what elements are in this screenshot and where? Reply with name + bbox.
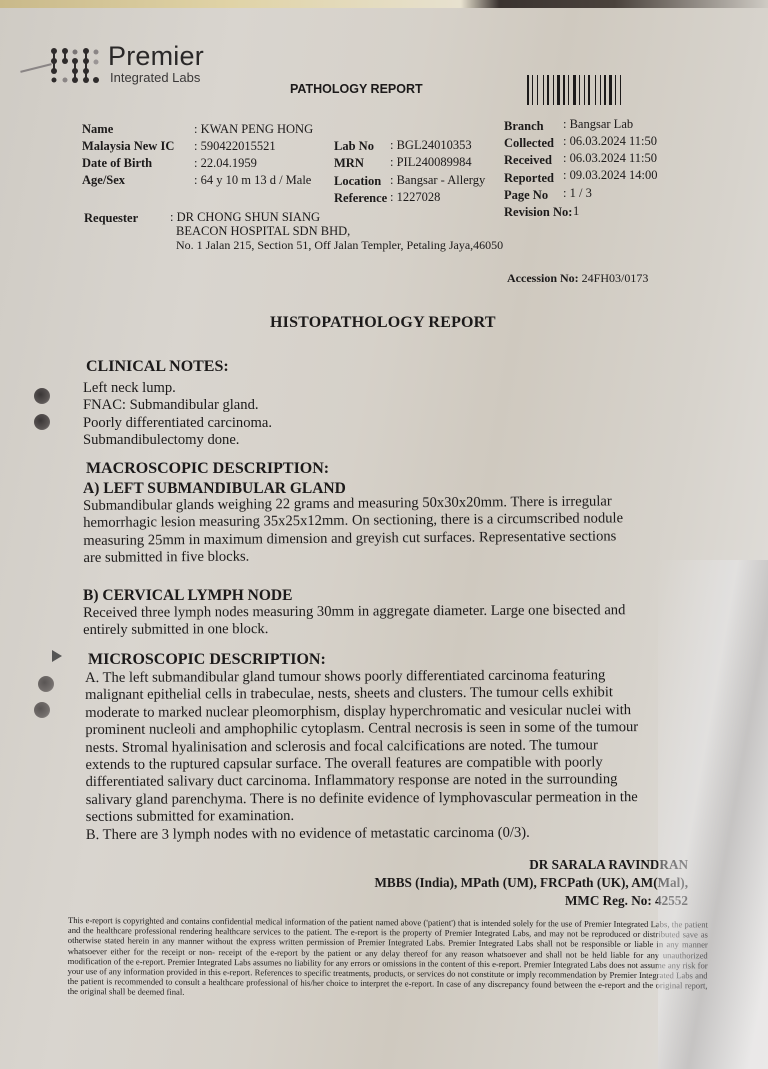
received-label: Received bbox=[504, 153, 552, 168]
reference-label: Reference bbox=[334, 191, 387, 206]
revision-value: 1 bbox=[573, 204, 579, 219]
clinical-note-line: FNAC: Submandibular gland. bbox=[83, 397, 483, 414]
barcode-bar bbox=[543, 75, 544, 105]
macroscopic-heading: MACROSCOPIC DESCRIPTION: bbox=[86, 460, 329, 478]
reference-value: : 1227028 bbox=[390, 190, 440, 205]
logo-subtitle: Integrated Labs bbox=[110, 70, 200, 85]
branch-value: : Bangsar Lab bbox=[563, 117, 633, 132]
punch-hole bbox=[34, 388, 50, 404]
barcode-bar bbox=[563, 75, 565, 105]
barcode-bar bbox=[617, 75, 619, 105]
requester-hospital: BEACON HOSPITAL SDN BHD, bbox=[176, 224, 350, 239]
branch-label: Branch bbox=[504, 119, 544, 134]
clinical-notes-body: Left neck lump. FNAC: Submandibular glan… bbox=[83, 380, 483, 450]
paper-edge-strip bbox=[0, 0, 768, 8]
barcode-bar bbox=[568, 75, 569, 105]
barcode-bar bbox=[570, 75, 572, 105]
barcode-bar bbox=[609, 75, 612, 105]
disclaimer-text: This e-report is copyrighted and contain… bbox=[67, 915, 708, 1001]
macroscopic-b-heading: B) CERVICAL LYMPH NODE bbox=[83, 587, 292, 605]
micro-line: salivary gland parenchyma. There is no d… bbox=[86, 789, 706, 810]
revision-label: Revision No: bbox=[504, 205, 572, 220]
clinical-notes-heading: CLINICAL NOTES: bbox=[86, 358, 229, 376]
patient-name: : KWAN PENG HONG bbox=[194, 122, 313, 137]
barcode-bar bbox=[586, 75, 587, 105]
accession-label: Accession No: bbox=[507, 271, 579, 285]
punch-hole bbox=[38, 676, 54, 692]
barcode-bar bbox=[588, 75, 590, 105]
punch-hole bbox=[34, 414, 50, 430]
barcode-bar bbox=[577, 75, 578, 105]
requester-label: Requester bbox=[84, 211, 138, 226]
document-title: PATHOLOGY REPORT bbox=[290, 82, 423, 96]
barcode-bar bbox=[613, 75, 614, 105]
patient-agesex: : 64 y 10 m 13 d / Male bbox=[194, 173, 311, 188]
received-value: : 06.03.2024 11:50 bbox=[563, 151, 657, 166]
micro-line: prominent nucleoli and amphophilic cytop… bbox=[85, 719, 705, 740]
barcode-icon bbox=[527, 75, 647, 105]
barcode-bar bbox=[553, 75, 554, 105]
clinical-note-line: Poorly differentiated carcinoma. bbox=[83, 415, 483, 432]
pathologist-signature: DR SARALA RAVINDRAN MBBS (India), MPath … bbox=[360, 856, 688, 910]
clinical-note-line: Left neck lump. bbox=[83, 380, 483, 397]
pathologist-qualifications: MBBS (India), MPath (UM), FRCPath (UK), … bbox=[360, 874, 688, 892]
labno-label: Lab No bbox=[334, 139, 374, 154]
barcode-bar bbox=[527, 75, 529, 105]
barcode-bar bbox=[595, 75, 596, 105]
accession-number: Accession No: 24FH03/0173 bbox=[507, 271, 648, 286]
agesex-label: Age/Sex bbox=[82, 173, 125, 188]
company-logo: Premier Integrated Labs bbox=[20, 45, 220, 85]
collected-label: Collected bbox=[504, 136, 554, 151]
dob-label: Date of Birth bbox=[82, 156, 152, 171]
barcode-bar bbox=[591, 75, 594, 105]
mrn-value: : PIL240089984 bbox=[390, 155, 472, 170]
barcode-bar bbox=[579, 75, 580, 105]
location-value: : Bangsar - Allergy bbox=[390, 173, 485, 188]
barcode-bar bbox=[566, 75, 567, 105]
barcode-bar bbox=[547, 75, 549, 105]
barcode-bar bbox=[573, 75, 576, 105]
barcode-bar bbox=[620, 75, 621, 105]
ic-label: Malaysia New IC bbox=[82, 139, 174, 154]
clinical-note-line: Submandibulectomy done. bbox=[83, 432, 483, 449]
barcode-bar bbox=[600, 75, 601, 105]
microscopic-body: A. The left submandibular gland tumour s… bbox=[85, 667, 706, 844]
page-label: Page No bbox=[504, 188, 548, 203]
barcode-bar bbox=[622, 75, 624, 105]
lab-number: : BGL24010353 bbox=[390, 138, 472, 153]
requester-address: No. 1 Jalan 215, Section 51, Off Jalan T… bbox=[176, 238, 503, 253]
pathologist-registration: MMC Reg. No: 42552 bbox=[360, 892, 688, 910]
name-label: Name bbox=[82, 122, 113, 137]
collected-value: : 06.03.2024 11:50 bbox=[563, 134, 657, 149]
barcode-bar bbox=[555, 75, 556, 105]
patient-dob: : 22.04.1959 bbox=[194, 156, 257, 171]
patient-ic: : 590422015521 bbox=[194, 139, 276, 154]
barcode-bar bbox=[550, 75, 552, 105]
barcode-bar bbox=[597, 75, 599, 105]
barcode-bar bbox=[615, 75, 616, 105]
macro-b-line: entirely submitted in one block. bbox=[83, 619, 703, 640]
barcode-bar bbox=[584, 75, 585, 105]
requester-doctor: : DR CHONG SHUN SIANG bbox=[170, 210, 320, 225]
page-value: : 1 / 3 bbox=[563, 186, 592, 201]
report-title: HISTOPATHOLOGY REPORT bbox=[270, 314, 496, 332]
pathologist-name: DR SARALA RAVINDRAN bbox=[360, 856, 688, 874]
logo-title: Premier bbox=[108, 41, 204, 72]
reported-value: : 09.03.2024 14:00 bbox=[563, 168, 657, 183]
micro-line: B. There are 3 lymph nodes with no evide… bbox=[86, 823, 706, 844]
barcode-bar bbox=[607, 75, 608, 105]
barcode-bar bbox=[530, 75, 531, 105]
punch-hole bbox=[34, 702, 50, 718]
barcode-bar bbox=[532, 75, 533, 105]
barcode-bar bbox=[557, 75, 560, 105]
barcode-bar bbox=[602, 75, 603, 105]
reported-label: Reported bbox=[504, 171, 554, 186]
microscopic-heading: MICROSCOPIC DESCRIPTION: bbox=[88, 651, 326, 669]
barcode-bar bbox=[537, 75, 538, 105]
macroscopic-a-body: Submandibular glands weighing 22 grams a… bbox=[83, 493, 704, 568]
mrn-label: MRN bbox=[334, 156, 364, 171]
barcode-bar bbox=[581, 75, 583, 105]
location-label: Location bbox=[334, 174, 381, 189]
macroscopic-b-body: Received three lymph nodes measuring 30m… bbox=[83, 602, 703, 640]
barcode-bar bbox=[604, 75, 606, 105]
barcode-bar bbox=[534, 75, 536, 105]
marker-triangle-icon bbox=[52, 650, 62, 662]
barcode-bar bbox=[545, 75, 546, 105]
accession-value: 24FH03/0173 bbox=[582, 271, 649, 285]
barcode-bar bbox=[561, 75, 562, 105]
barcode-bar bbox=[539, 75, 542, 105]
